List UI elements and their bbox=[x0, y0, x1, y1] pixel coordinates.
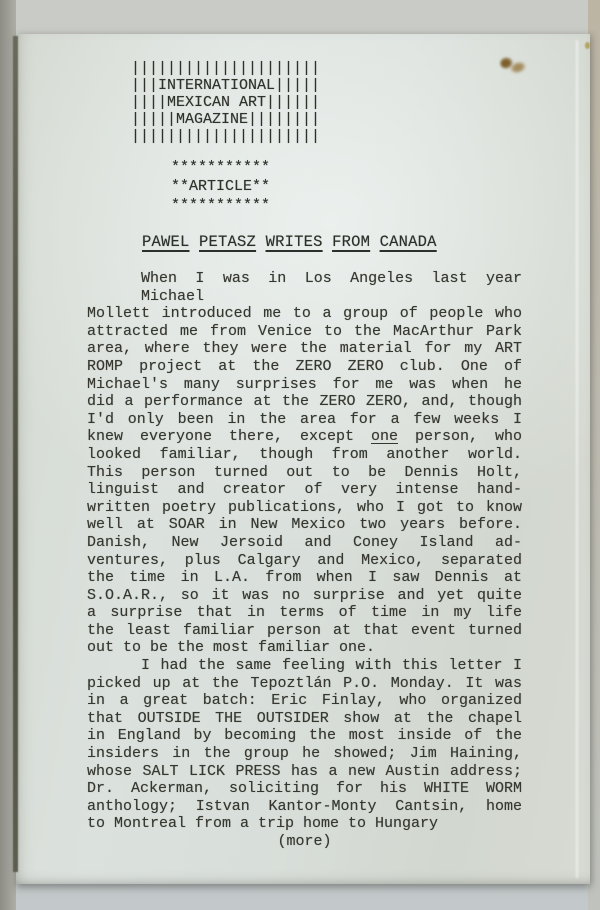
photo-backdrop: ||||||||||||||||||||||||INTERNATIONAL|||… bbox=[0, 0, 600, 910]
text-line: in a great batch: Eric Finlay, who organ… bbox=[87, 692, 522, 710]
underlined-word: one bbox=[371, 428, 398, 445]
badge-line: *********** bbox=[171, 158, 270, 177]
text-line: the time in L.A. from when I saw Dennis … bbox=[87, 569, 522, 587]
text-line: the least familiar person at that event … bbox=[87, 622, 522, 640]
title-word: PAWEL bbox=[142, 233, 190, 251]
text-line: out to be the most familiar one. bbox=[87, 639, 522, 657]
masthead-line: ||||||||||||||||||||| bbox=[131, 128, 320, 145]
text-line: attracted me from Venice to the MacArthu… bbox=[87, 323, 522, 341]
article-badge: *************ARTICLE************* bbox=[171, 158, 270, 215]
text-line: I'd only been in the area for a few week… bbox=[87, 411, 522, 429]
masthead-line: ||||||||||||||||||||| bbox=[131, 60, 320, 77]
text-line: When I was in Los Angeles last year Mich… bbox=[87, 270, 522, 305]
text-line: did a performance at the ZERO ZERO, and,… bbox=[87, 393, 522, 411]
masthead-line: ||||MEXICAN ART|||||| bbox=[131, 94, 320, 111]
text-line: area, where they were the material for m… bbox=[87, 340, 522, 358]
text-line: looked familiar, though from another wor… bbox=[87, 446, 522, 464]
text-line: knew everyone there, except one person, … bbox=[87, 428, 522, 446]
article-body: When I was in Los Angeles last year Mich… bbox=[87, 270, 522, 851]
title-word: WRITES bbox=[266, 233, 323, 251]
article-paragraphs: When I was in Los Angeles last year Mich… bbox=[87, 270, 522, 833]
more-indicator: (more) bbox=[87, 833, 522, 851]
text-line: S.O.A.R., so it was no surprise and yet … bbox=[87, 587, 522, 605]
text-line: anthology; Istvan Kantor-Monty Cantsin, … bbox=[87, 798, 522, 816]
text-line: written poetry publications, who I got t… bbox=[87, 499, 522, 517]
article-title: PAWEL PETASZ WRITES FROM CANADA bbox=[142, 233, 437, 251]
text-line: I had the same feeling with this letter … bbox=[87, 657, 522, 675]
text-line: to Montreal from a trip home to Hungary bbox=[87, 815, 522, 833]
badge-line: *********** bbox=[171, 196, 270, 215]
text-line: that OUTSIDE THE OUTSIDER show at the ch… bbox=[87, 710, 522, 728]
title-word: PETASZ bbox=[199, 233, 256, 251]
text-line: ROMP project at the ZERO ZERO club. One … bbox=[87, 358, 522, 376]
text-line: Danish, New Jersoid and Coney Island ad- bbox=[87, 534, 522, 552]
title-word: CANADA bbox=[380, 233, 437, 251]
text-line: Mollett introduced me to a group of peop… bbox=[87, 305, 522, 323]
masthead-line: |||||MAGAZINE|||||||| bbox=[131, 111, 320, 128]
masthead-line: |||INTERNATIONAL||||| bbox=[131, 77, 320, 94]
text-line: in England by becoming the most inside o… bbox=[87, 727, 522, 745]
text-line: insiders in the group he showed; Jim Hai… bbox=[87, 745, 522, 763]
text-line: picked up at the Tepoztlán P.O. Monday. … bbox=[87, 675, 522, 693]
magazine-masthead: ||||||||||||||||||||||||INTERNATIONAL|||… bbox=[131, 60, 320, 145]
text-line: well at SOAR in New Mexico two years bef… bbox=[87, 516, 522, 534]
text-line: This person turned out to be Dennis Holt… bbox=[87, 464, 522, 482]
badge-line: **ARTICLE** bbox=[171, 177, 270, 196]
text-line: a surprise that in terms of time in my l… bbox=[87, 604, 522, 622]
text-line: linguist and creator of very intense han… bbox=[87, 481, 522, 499]
text-line: ventures, plus Calgary and Mexico, separ… bbox=[87, 552, 522, 570]
text-line: whose SALT LICK PRESS has a new Austin a… bbox=[87, 763, 522, 781]
text-line: Dr. Ackerman, soliciting for his WHITE W… bbox=[87, 780, 522, 798]
title-word: FROM bbox=[332, 233, 370, 251]
page-content: ||||||||||||||||||||||||INTERNATIONAL|||… bbox=[0, 0, 600, 910]
text-line: Michael's many surprises for me was when… bbox=[87, 376, 522, 394]
